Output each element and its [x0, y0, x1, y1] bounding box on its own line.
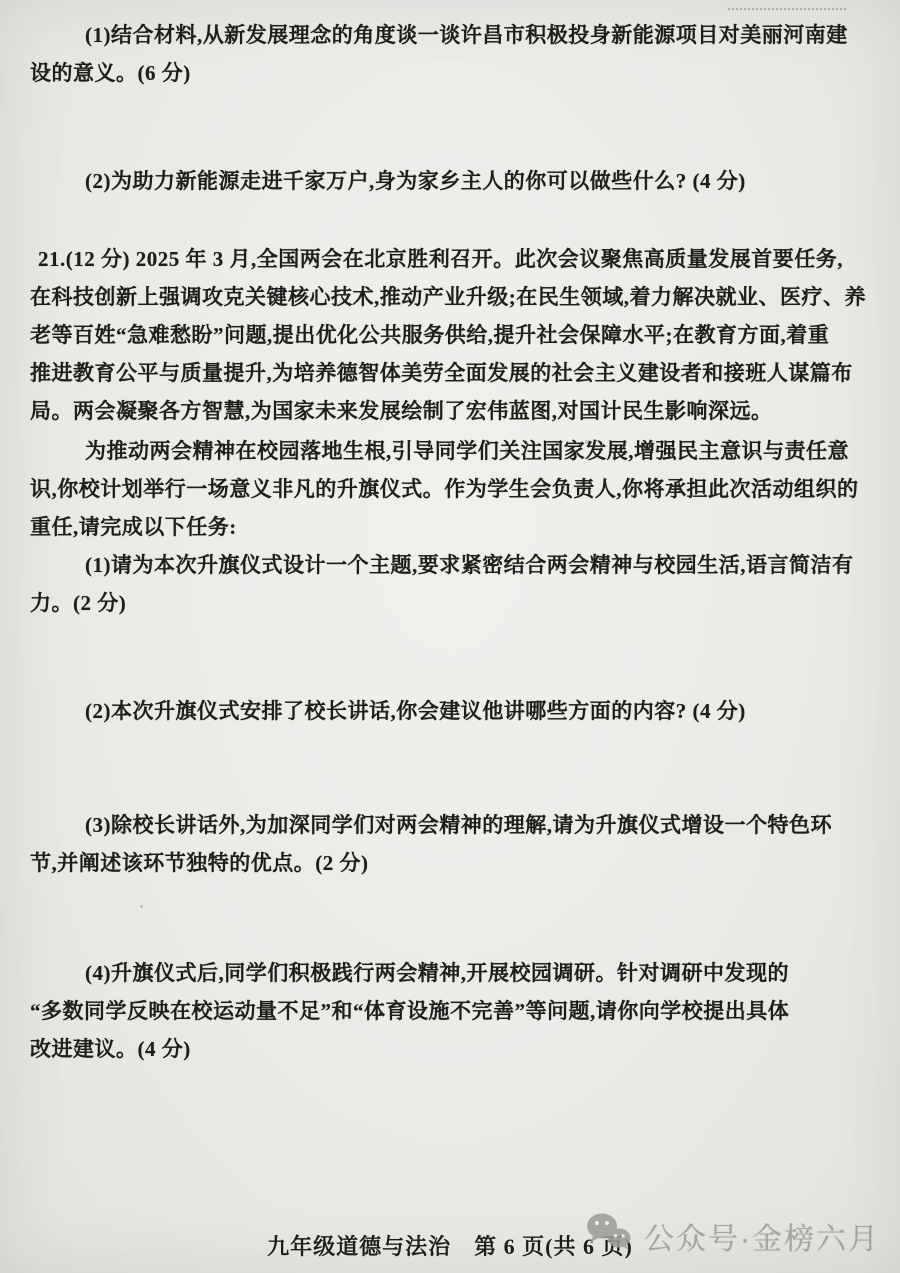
- text-line: 识,你校计划举行一场意义非凡的升旗仪式。作为学生会负责人,你将承担此次活动组织的: [30, 470, 874, 508]
- question-21-task1: (1)请为本次升旗仪式设计一个主题,要求紧密结合两会精神与校园生活,语言简洁有 …: [30, 546, 874, 622]
- text-line: (1)结合材料,从新发展理念的角度谈一谈许昌市积极投身新能源项目对美丽河南建: [30, 16, 874, 54]
- question-21-scenario: 为推动两会精神在校园落地生根,引导同学们关注国家发展,增强民主意识与责任意 识,…: [30, 432, 874, 546]
- text-line: 节,并阐述该环节独特的优点。(2 分): [30, 844, 874, 882]
- text-line: 推进教育公平与质量提升,为培养德智体美劳全面发展的社会主义建设者和接班人谋篇布: [30, 354, 874, 392]
- watermark-text: 公众号·金榜六月: [644, 1214, 880, 1258]
- text-line: (3)除校长讲话外,为加深同学们对两会精神的理解,请为升旗仪式增设一个特色环: [30, 806, 874, 844]
- text-line: (1)请为本次升旗仪式设计一个主题,要求紧密结合两会精神与校园生活,语言简洁有: [30, 546, 874, 584]
- text-line: 重任,请完成以下任务:: [30, 508, 874, 546]
- wechat-icon: [586, 1212, 632, 1260]
- text-line: 为推动两会精神在校园落地生根,引导同学们关注国家发展,增强民主意识与责任意: [30, 432, 874, 470]
- scan-speck: [140, 905, 143, 908]
- text-line: (2)为助力新能源走进千家万户,身为家乡主人的你可以做些什么? (4 分): [30, 162, 874, 200]
- watermark: 公众号·金榜六月: [586, 1212, 880, 1260]
- text-line: 设的意义。(6 分): [30, 54, 874, 92]
- text-line: 老等百姓“急难愁盼”问题,提出优化公共服务供给,提升社会保障水平;在教育方面,着…: [30, 316, 874, 354]
- text-line: “多数同学反映在校运动量不足”和“体育设施不完善”等问题,请你向学校提出具体: [30, 992, 874, 1030]
- text-line: (2)本次升旗仪式安排了校长讲话,你会建议他讲哪些方面的内容? (4 分): [30, 692, 874, 730]
- question-21-task2: (2)本次升旗仪式安排了校长讲话,你会建议他讲哪些方面的内容? (4 分): [30, 692, 874, 730]
- text-line: 局。两会凝聚各方智慧,为国家未来发展绘制了宏伟蓝图,对国计民生影响深远。: [30, 392, 874, 430]
- question-21-task3: (3)除校长讲话外,为加深同学们对两会精神的理解,请为升旗仪式增设一个特色环 节…: [30, 806, 874, 882]
- question-21-intro: 21.(12 分) 2025 年 3 月,全国两会在北京胜利召开。此次会议聚焦高…: [30, 240, 874, 430]
- scan-artifact-line: [728, 8, 846, 10]
- question-20-sub2: (2)为助力新能源走进千家万户,身为家乡主人的你可以做些什么? (4 分): [30, 162, 874, 200]
- text-line: (4)升旗仪式后,同学们积极践行两会精神,开展校园调研。针对调研中发现的: [30, 954, 874, 992]
- text-line: 改进建议。(4 分): [30, 1030, 874, 1068]
- text-line: 在科技创新上强调攻克关键核心技术,推动产业升级;在民生领域,着力解决就业、医疗、…: [30, 278, 874, 316]
- text-line: 21.(12 分) 2025 年 3 月,全国两会在北京胜利召开。此次会议聚焦高…: [30, 240, 874, 278]
- text-line: 力。(2 分): [30, 584, 874, 622]
- question-21-task4: (4)升旗仪式后,同学们积极践行两会精神,开展校园调研。针对调研中发现的 “多数…: [30, 954, 874, 1068]
- question-20-sub1: (1)结合材料,从新发展理念的角度谈一谈许昌市积极投身新能源项目对美丽河南建 设…: [30, 16, 874, 92]
- footer-label: 九年级道德与法治 第 6 页(共 6 页): [267, 1234, 633, 1259]
- exam-paper-page: (1)结合材料,从新发展理念的角度谈一谈许昌市积极投身新能源项目对美丽河南建 设…: [0, 0, 900, 1273]
